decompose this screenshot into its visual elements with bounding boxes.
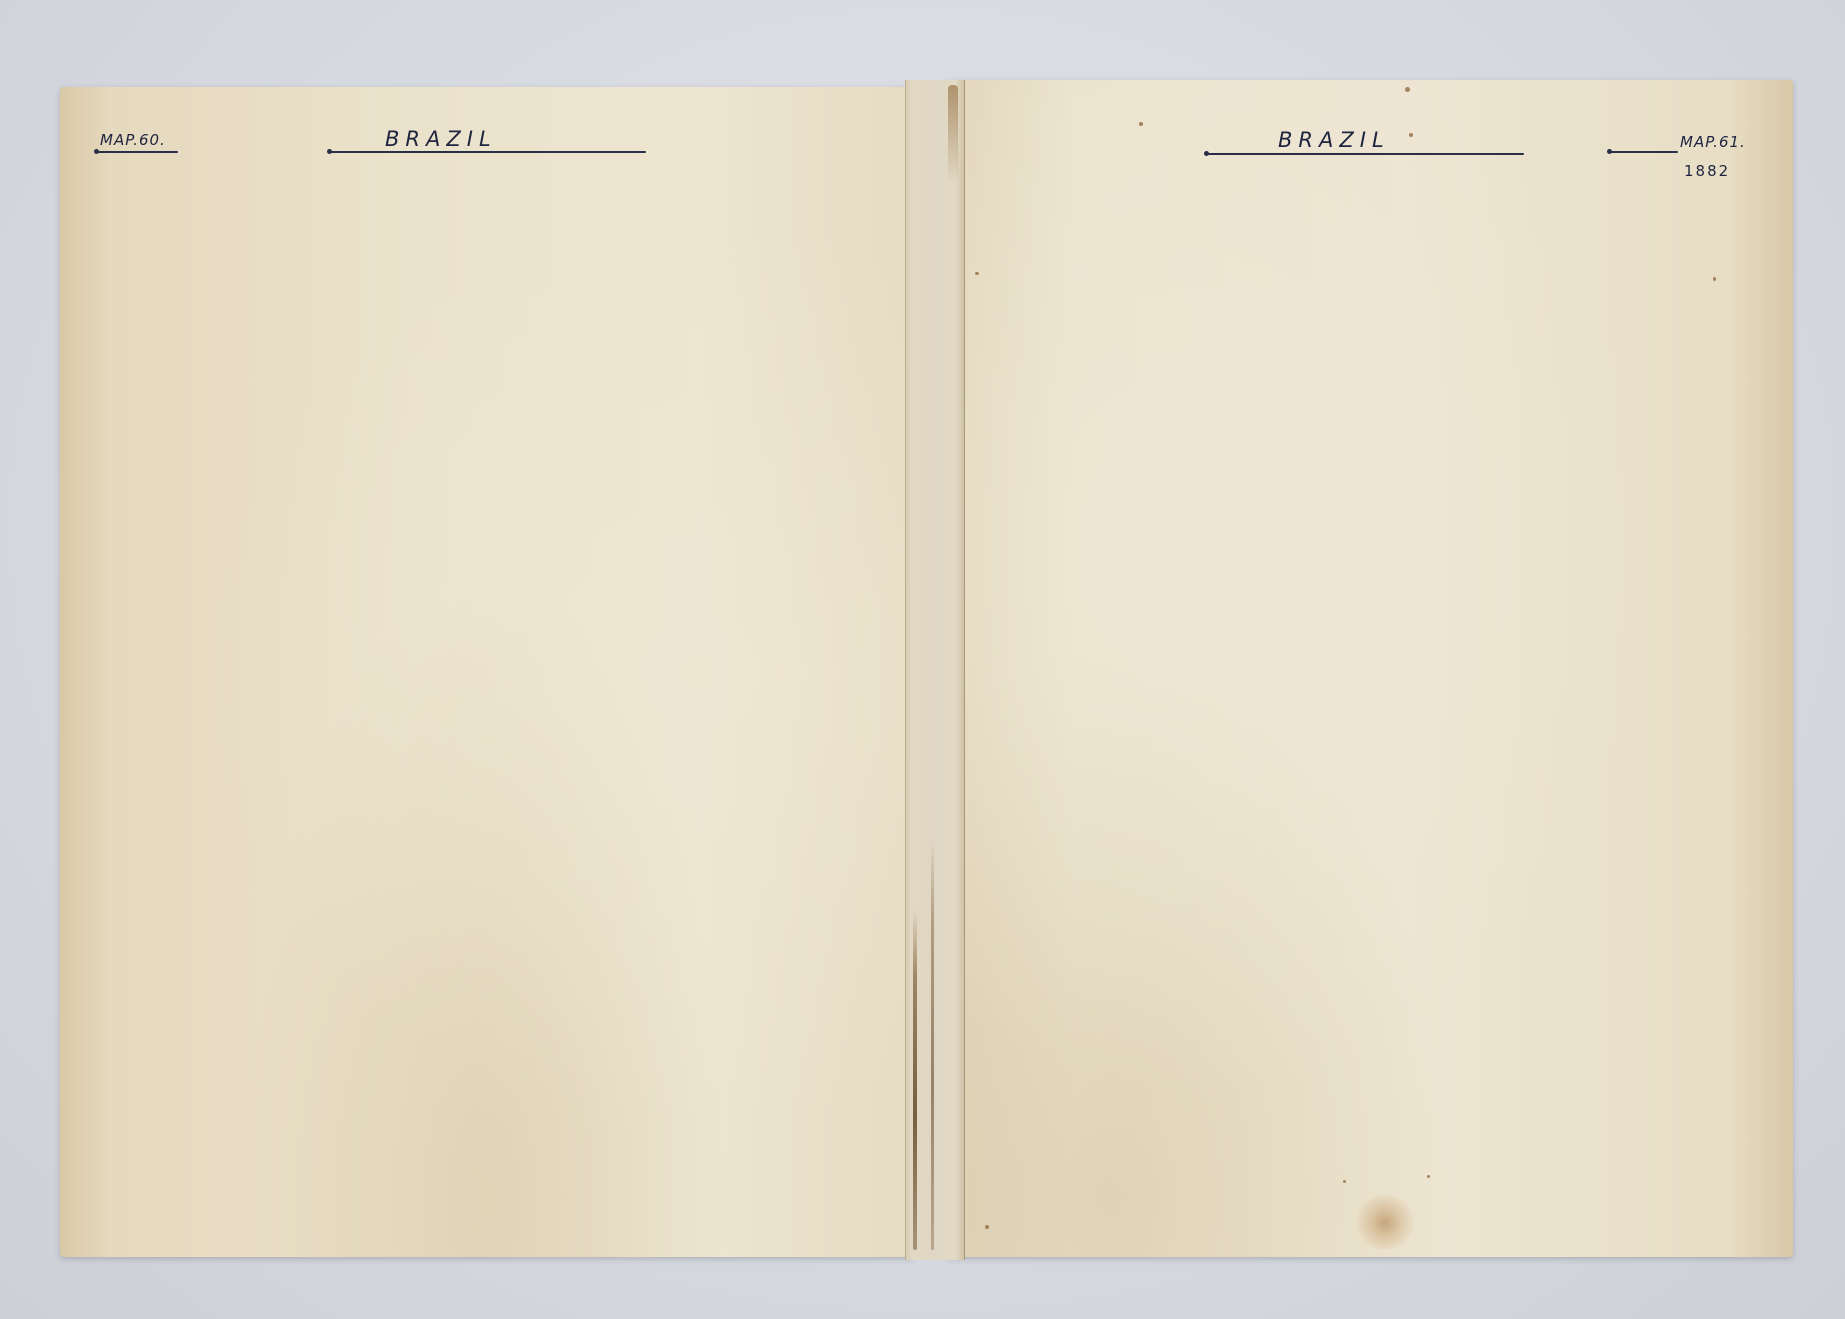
right-page (945, 80, 1793, 1257)
right-title-underline (1206, 153, 1524, 155)
hinge-stain (913, 910, 917, 1250)
foxing-spot (1343, 1180, 1346, 1183)
left-title-underline (329, 151, 646, 153)
left-map-number: MAP.60. (100, 131, 166, 149)
foxing-spot (985, 1225, 989, 1229)
hinge-stain (931, 840, 934, 1250)
foxing-spot (1139, 122, 1143, 126)
right-page-title: BRAZIL (1278, 128, 1390, 152)
foxing-spots (948, 85, 958, 185)
foxing-spot (1409, 133, 1413, 137)
right-map-number-underline (1609, 151, 1678, 153)
left-page (60, 87, 915, 1257)
water-stain (1355, 1195, 1415, 1250)
right-page-year: 1882 (1684, 162, 1730, 180)
foxing-spot (975, 272, 979, 275)
left-map-number-underline (96, 151, 178, 153)
foxing-spot (1405, 87, 1410, 92)
foxing-spot (1427, 1175, 1430, 1178)
left-page-title: BRAZIL (385, 127, 497, 151)
right-map-number: MAP.61. (1680, 133, 1746, 151)
foxing-spot (1713, 277, 1716, 281)
